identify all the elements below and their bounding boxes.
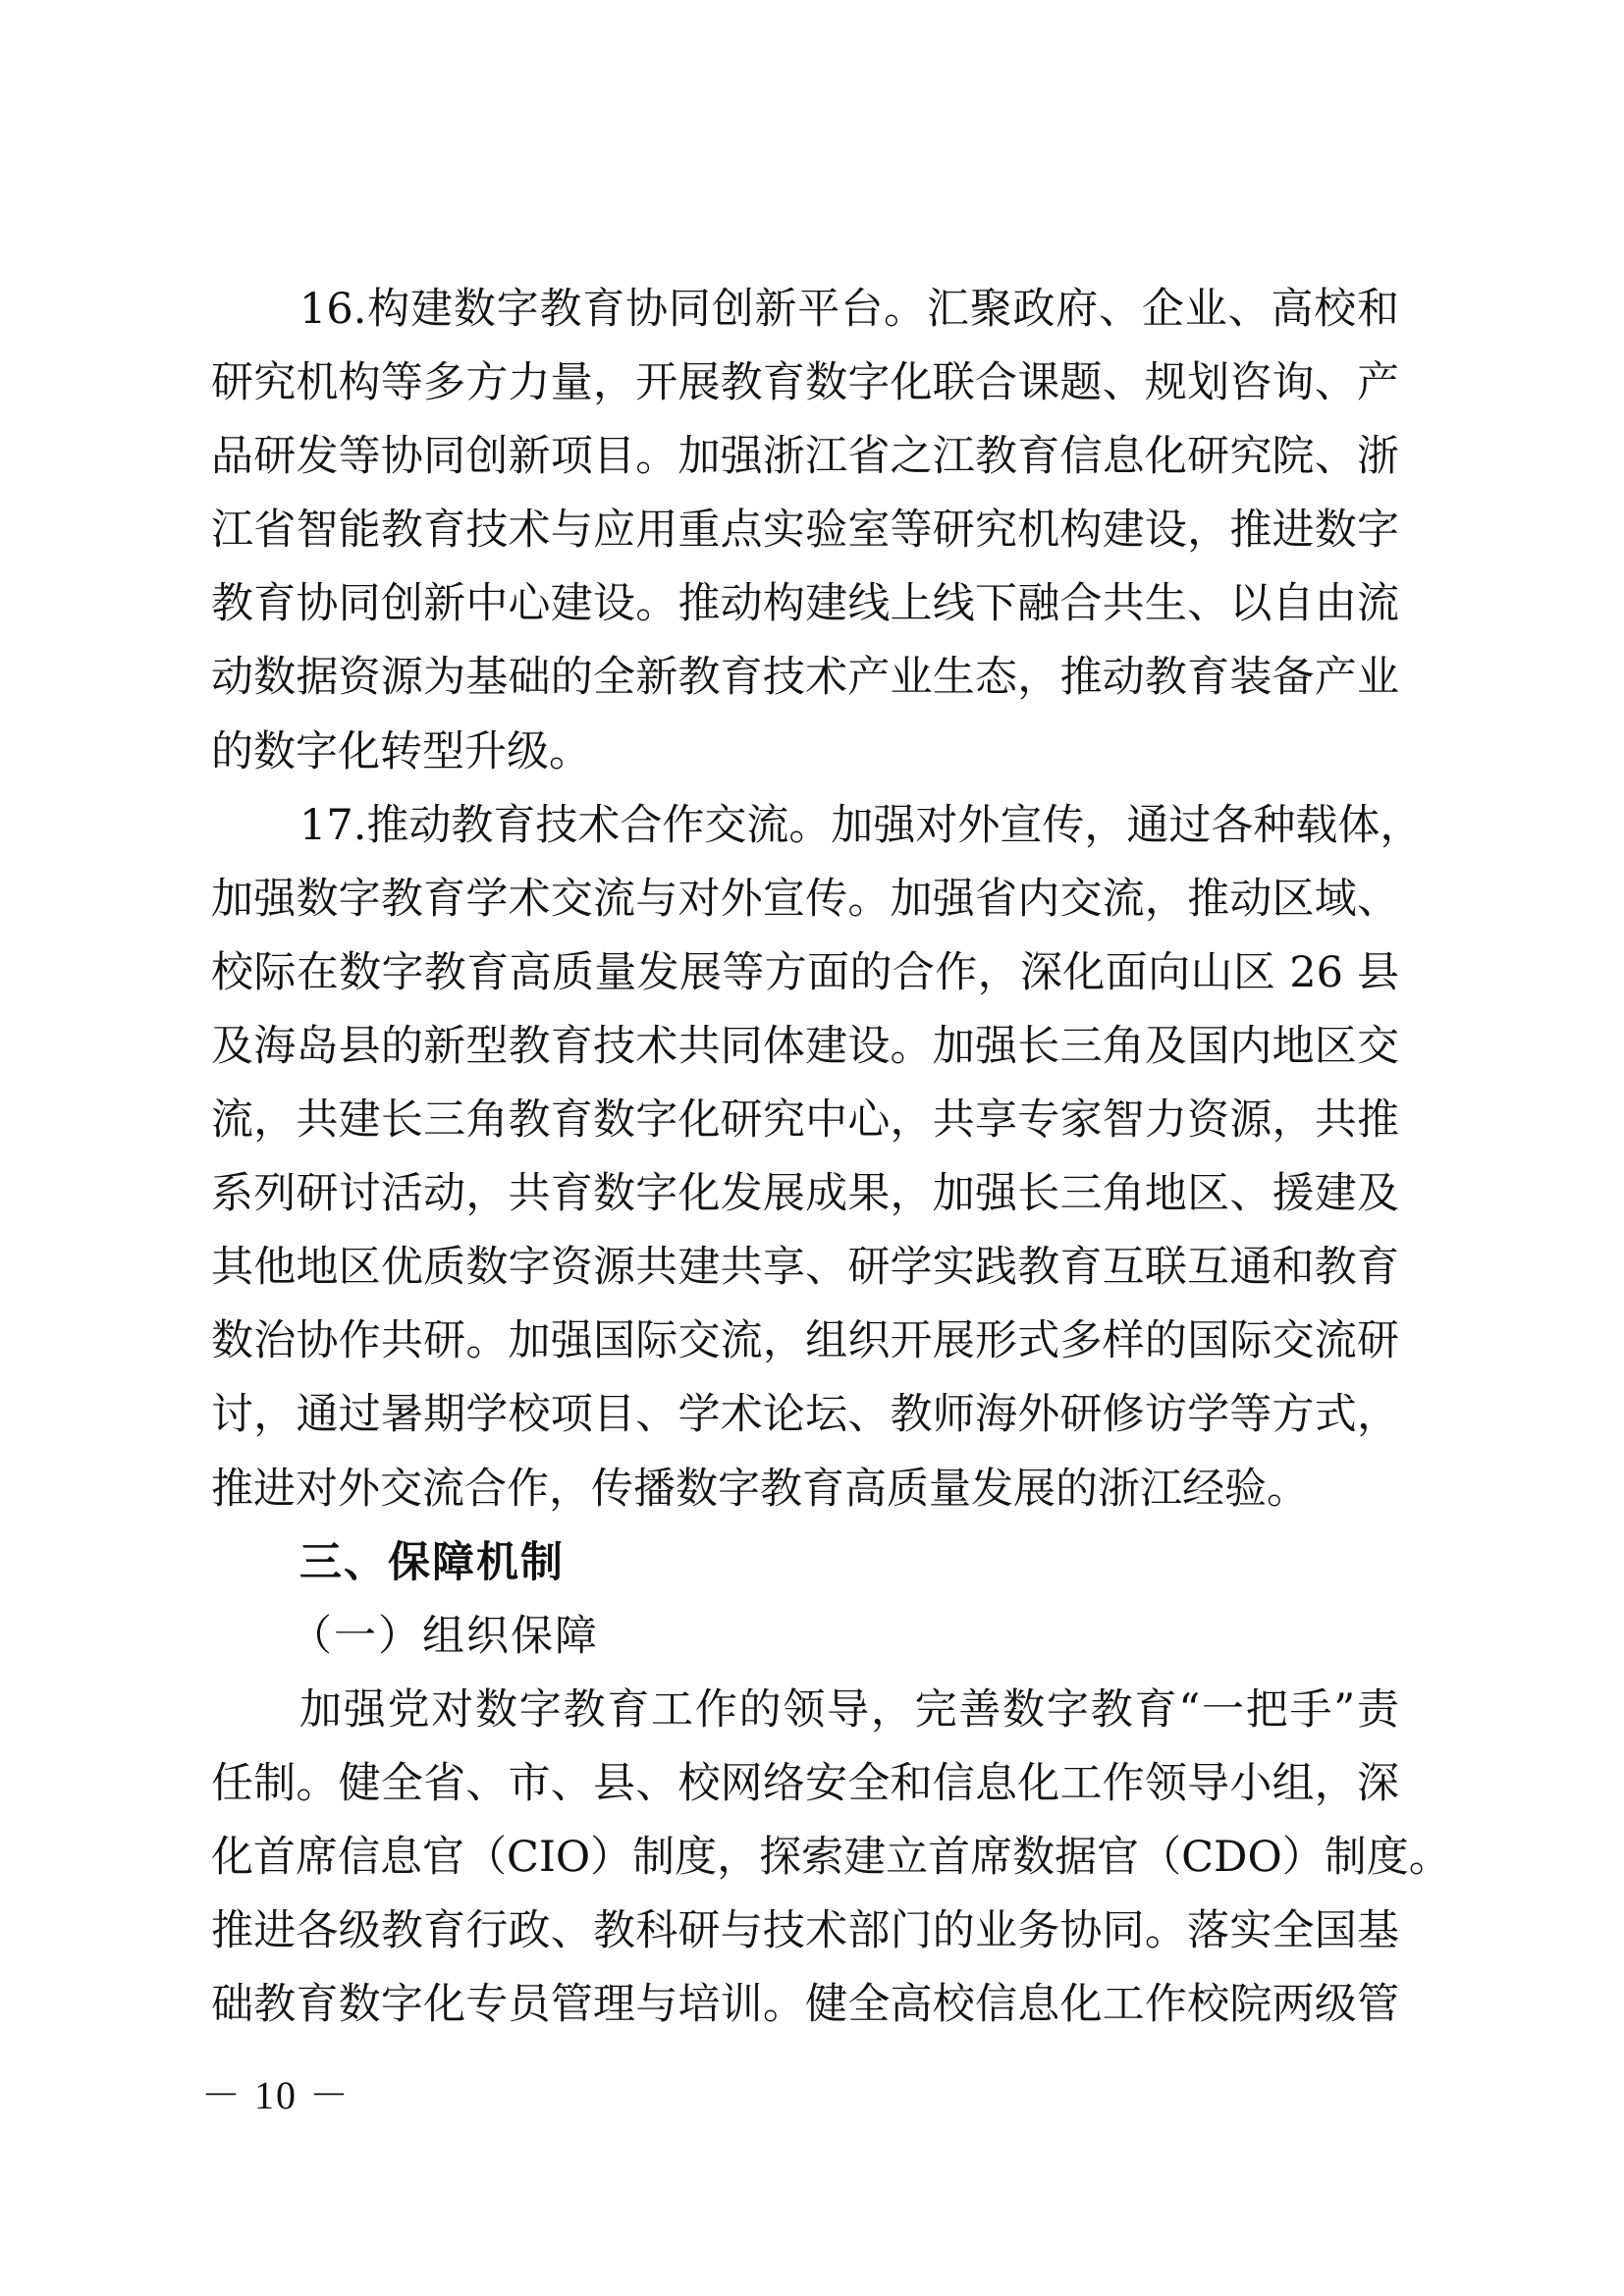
document-body: 16.构建数字教育协同创新平台。汇聚政府、企业、高校和 研究机构等多方力量，开展… xyxy=(211,273,1399,2042)
section-heading: 三、保障机制 xyxy=(211,1526,1399,1600)
paragraph-16-line-3: 品研发等协同创新项目。加强浙江省之江教育信息化研究院、浙 xyxy=(211,420,1399,494)
subsection-heading: （一）组织保障 xyxy=(211,1600,1399,1674)
paragraph-16-line-5: 教育协同创新中心建设。推动构建线上线下融合共生、以自由流 xyxy=(211,567,1399,641)
paragraph-17-line-2: 加强数字教育学术交流与对外宣传。加强省内交流，推动区域、 xyxy=(211,863,1399,936)
paragraph-17-line-4: 及海岛县的新型教育技术共同体建设。加强长三角及国内地区交 xyxy=(211,1010,1399,1084)
paragraph-17-line-9: 讨，通过暑期学校项目、学术论坛、教师海外研修访学等方式， xyxy=(211,1378,1399,1452)
paragraph-org-line-4: 推进各级教育行政、教科研与技术部门的业务协同。落实全国基 xyxy=(211,1895,1399,1968)
paragraph-org-line-5: 础教育数字化专员管理与培训。健全高校信息化工作校院两级管 xyxy=(211,1968,1399,2042)
paragraph-17-line-8: 数治协作共研。加强国际交流，组织开展形式多样的国际交流研 xyxy=(211,1305,1399,1378)
paragraph-16-line-7: 的数字化转型升级。 xyxy=(211,716,1399,789)
paragraph-17-line-3: 校际在数字教育高质量发展等方面的合作，深化面向山区 26 县 xyxy=(211,936,1399,1010)
paragraph-16-line-6: 动数据资源为基础的全新教育技术产业生态，推动教育装备产业 xyxy=(211,641,1399,715)
paragraph-17-line-10: 推进对外交流合作，传播数字教育高质量发展的浙江经验。 xyxy=(211,1453,1399,1526)
paragraph-17-line-5: 流，共建长三角教育数字化研究中心，共享专家智力资源，共推 xyxy=(211,1084,1399,1157)
paragraph-17-line-7: 其他地区优质数字资源共建共享、研学实践教育互联互通和教育 xyxy=(211,1231,1399,1305)
paragraph-org-line-1: 加强党对数字教育工作的领导，完善数字教育“一把手”责 xyxy=(211,1674,1399,1747)
paragraph-org-line-2: 任制。健全省、市、县、校网络安全和信息化工作领导小组，深 xyxy=(211,1747,1399,1821)
document-page: 16.构建数字教育协同创新平台。汇聚政府、企业、高校和 研究机构等多方力量，开展… xyxy=(0,0,1624,2296)
paragraph-17-line-6: 系列研讨活动，共育数字化发展成果，加强长三角地区、援建及 xyxy=(211,1157,1399,1231)
page-number: － 10 － xyxy=(201,2073,351,2118)
paragraph-org-line-3: 化首席信息官（CIO）制度，探索建立首席数据官（CDO）制度。 xyxy=(211,1821,1399,1895)
paragraph-16-line-2: 研究机构等多方力量，开展教育数字化联合课题、规划咨询、产 xyxy=(211,347,1399,420)
paragraph-16-line-1: 16.构建数字教育协同创新平台。汇聚政府、企业、高校和 xyxy=(211,273,1399,347)
paragraph-16-line-4: 江省智能教育技术与应用重点实验室等研究机构建设，推进数字 xyxy=(211,494,1399,567)
paragraph-17-line-1: 17.推动教育技术合作交流。加强对外宣传，通过各种载体， xyxy=(211,789,1399,863)
